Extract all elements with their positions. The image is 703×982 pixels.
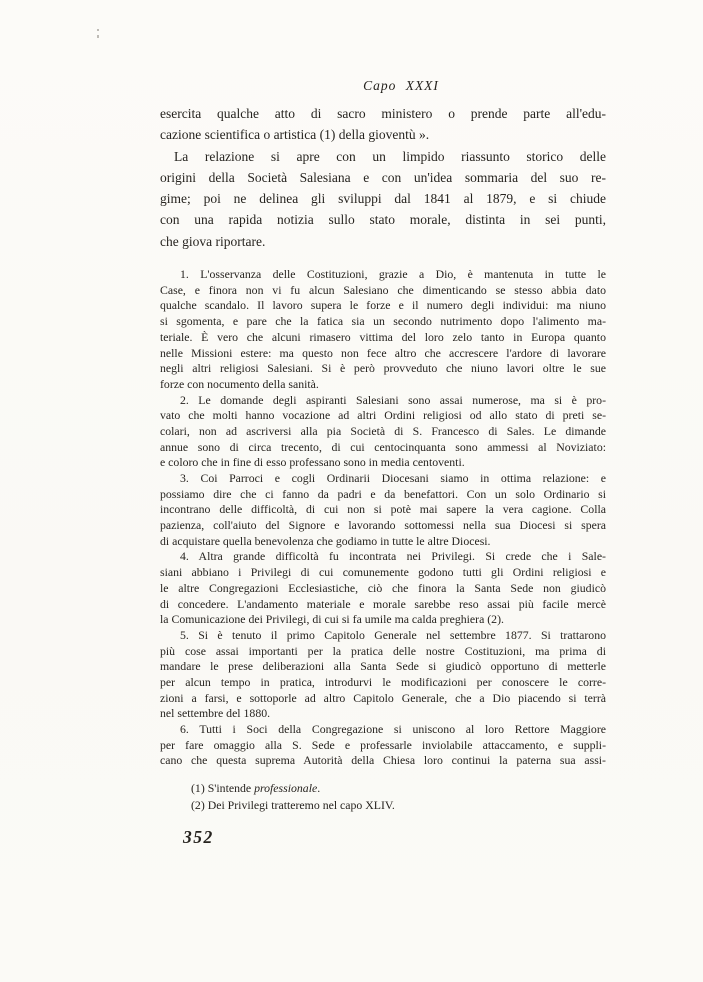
text-line: che giova riportare.: [160, 231, 606, 252]
footnotes-section: (1) S'intende professionale.(2) Dei Priv…: [160, 780, 606, 814]
text-line: cazione scientifica o artistica (1) dell…: [160, 124, 606, 145]
text-line: Case, e finora non vi fu alcun Salesiano…: [160, 283, 606, 299]
text-line: annue sono di circa trecento, di cui cen…: [160, 440, 606, 456]
footnote-text: .: [317, 781, 320, 795]
text-line: 5. Si è tenuto il primo Capitolo General…: [160, 628, 606, 644]
text-line: possiamo dire che ci fanno da padri e da…: [160, 487, 606, 503]
text-line: gime; poi ne delinea gli sviluppi dal 18…: [160, 188, 606, 209]
footnote: (2) Dei Privilegi tratteremo nel capo XL…: [191, 797, 606, 814]
report-point: 6. Tutti i Soci della Congregazione si u…: [160, 722, 606, 769]
text-line: con una rapida notizia sullo stato moral…: [160, 209, 606, 230]
text-line: pazienza, coll'aiuto del Signore e lavor…: [160, 518, 606, 534]
text-line: nel settembre del 1880.: [160, 706, 606, 722]
text-line: esercita qualche atto di sacro ministero…: [160, 103, 606, 124]
text-line: 4. Altra grande difficoltà fu incontrata…: [160, 549, 606, 565]
text-line: le altre Congregazioni Ecclesiastiche, c…: [160, 581, 606, 597]
chapter-heading: Capo XXXI: [160, 78, 606, 94]
text-line: siani abbiano i Privilegi di cui comunem…: [160, 565, 606, 581]
paragraph: La relazione si apre con un limpido rias…: [160, 146, 606, 252]
footnote-text: (1) S'intende: [191, 781, 254, 795]
text-line: per alcun tempo in pratica, introdurvi l…: [160, 675, 606, 691]
text-line: di concedere. L'andamento materiale e mo…: [160, 597, 606, 613]
text-line: qualche scandalo. Il lavoro supera le fo…: [160, 298, 606, 314]
main-text-section: esercita qualche atto di sacro ministero…: [160, 103, 606, 252]
text-line: nelle Missioni estere: ma questo non fec…: [160, 346, 606, 362]
report-point: 5. Si è tenuto il primo Capitolo General…: [160, 628, 606, 722]
text-column: Capo XXXI esercita qualche atto di sacro…: [160, 78, 606, 814]
text-line: mandare le prese deliberazioni alla Sant…: [160, 659, 606, 675]
text-line: di acquistare quella benevolenza che god…: [160, 534, 606, 550]
footnote-italic-text: professionale: [254, 781, 317, 795]
text-line: 6. Tutti i Soci della Congregazione si u…: [160, 722, 606, 738]
report-point: 4. Altra grande difficoltà fu incontrata…: [160, 549, 606, 627]
text-line: forze con nocumento della sanità.: [160, 377, 606, 393]
paragraph: esercita qualche atto di sacro ministero…: [160, 103, 606, 146]
report-point: 1. L'osservanza delle Costituzioni, graz…: [160, 267, 606, 393]
text-line: la Comunicazione dei Privilegi, di cui s…: [160, 612, 606, 628]
text-line: 2. Le domande degli aspiranti Salesiani …: [160, 393, 606, 409]
scan-speck: [97, 29, 99, 31]
text-line: 1. L'osservanza delle Costituzioni, graz…: [160, 267, 606, 283]
text-line: zioni a farsi, e sottoporle ad altro Cap…: [160, 691, 606, 707]
text-line: 3. Coi Parroci e cogli Ordinarii Diocesa…: [160, 471, 606, 487]
text-line: cano che questa suprema Autorità della C…: [160, 753, 606, 769]
text-line: e coloro che in fine di esso professano …: [160, 455, 606, 471]
text-line: per fare omaggio alla S. Sede e professa…: [160, 738, 606, 754]
text-line: origini della Società Salesiana e con un…: [160, 167, 606, 188]
text-line: colari, non ad ascriversi alla pia Socie…: [160, 424, 606, 440]
text-line: negli altri religiosi Salesiani. Si è pe…: [160, 361, 606, 377]
page-number: 352: [183, 827, 214, 848]
text-line: incontrano delle difficoltà, di cui non …: [160, 502, 606, 518]
footnote-text: (2) Dei Privilegi tratteremo nel capo XL…: [191, 798, 395, 812]
report-point: 3. Coi Parroci e cogli Ordinarii Diocesa…: [160, 471, 606, 549]
text-line: si sgomenta, e pare che la fatica sia un…: [160, 314, 606, 330]
text-line: La relazione si apre con un limpido rias…: [160, 146, 606, 167]
text-line: più cose assai importanti per la pratica…: [160, 644, 606, 660]
scan-speck: [97, 35, 99, 38]
report-points-section: 1. L'osservanza delle Costituzioni, graz…: [160, 267, 606, 769]
text-line: vato che molti hanno vocazione ad altri …: [160, 408, 606, 424]
text-line: teriale. È vero che alcuni rimasero vitt…: [160, 330, 606, 346]
report-point: 2. Le domande degli aspiranti Salesiani …: [160, 393, 606, 471]
footnote: (1) S'intende professionale.: [191, 780, 606, 797]
